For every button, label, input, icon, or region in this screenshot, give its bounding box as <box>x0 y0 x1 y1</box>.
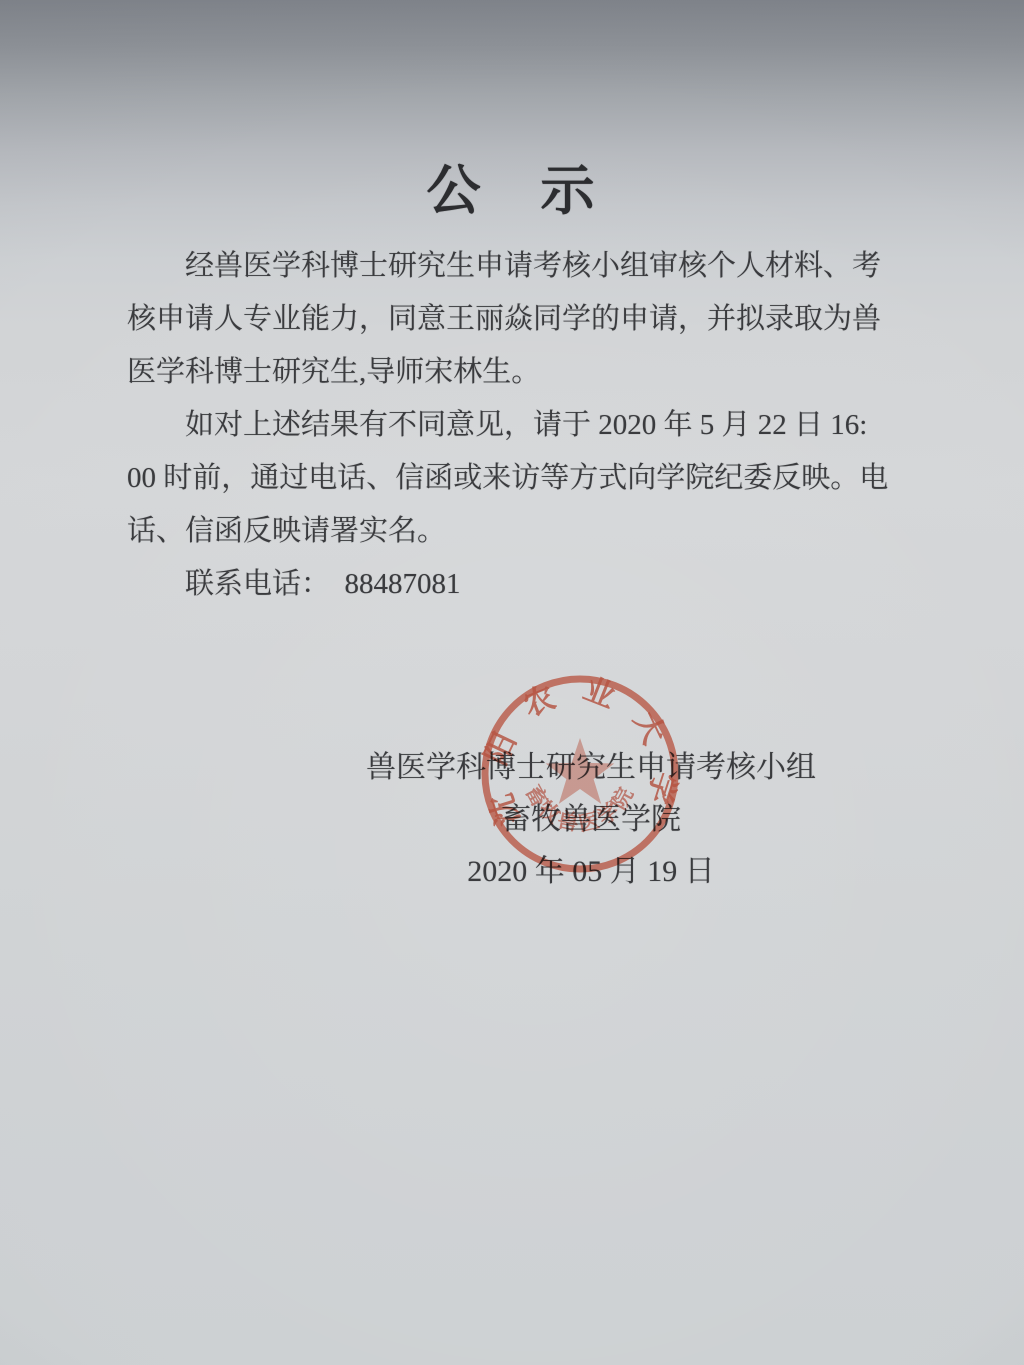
page-title: 公 示 <box>0 148 1024 225</box>
official-seal-stamp: 沈阳农业大学 畜牧兽医学院 <box>458 652 702 896</box>
body-line: 如对上述结果有不同意见，请于 2020 年 5 月 22 日 16: <box>127 399 897 452</box>
seal-college-text: 畜牧兽医学院 <box>521 781 640 836</box>
notice-document-page: 公 示 经兽医学科博士研究生申请考核小组审核个人材料、考 核申请人专业能力，同意… <box>0 0 1024 1365</box>
seal-college-text-container: 畜牧兽医学院 <box>521 781 640 836</box>
body-line: 话、信函反映请署实名。 <box>127 505 897 558</box>
body-line: 00 时前，通过电话、信函或来访等方式向学院纪委反映。电 <box>127 452 897 505</box>
notice-body: 经兽医学科博士研究生申请考核小组审核个人材料、考 核申请人专业能力，同意王丽焱同… <box>127 240 897 611</box>
body-line: 医学科博士研究生,导师宋林生。 <box>127 346 897 399</box>
body-line: 核申请人专业能力，同意王丽焱同学的申请，并拟录取为兽 <box>127 293 897 346</box>
contact-phone-line: 联系电话： 88487081 <box>127 558 897 611</box>
body-line: 经兽医学科博士研究生申请考核小组审核个人材料、考 <box>127 240 897 293</box>
seal-star-icon <box>546 738 615 804</box>
